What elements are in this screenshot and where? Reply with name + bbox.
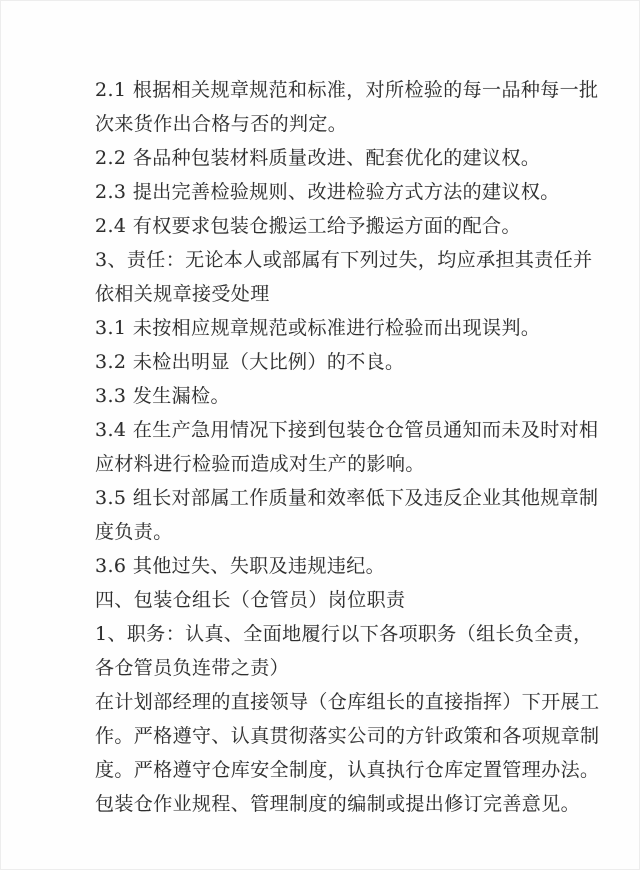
doc-line-6: 3、责任：无论本人或部属有下列过失，均应承担其责任并 [95,243,553,277]
doc-line-15: 3.6 其他过失、失职及违规违纪。 [95,549,553,583]
doc-line-7: 依相关规章接受处理 [95,277,553,311]
doc-line-12: 应材料进行检验而造成对生产的影响。 [95,447,553,481]
doc-line-14: 度负责。 [95,515,553,549]
doc-line-8: 3.1 未按相应规章规范或标准进行检验而出现误判。 [95,311,553,345]
doc-line-21: 度。严格遵守仓库安全制度，认真执行仓库定置管理办法。 [95,753,553,787]
doc-line-20: 作。严格遵守、认真贯彻落实公司的方针政策和各项规章制 [95,719,553,753]
document-page: 2.1 根据相关规章规范和标准，对所检验的每一品种每一批 次来货作出合格与否的判… [0,0,640,870]
doc-line-1: 2.1 根据相关规章规范和标准，对所检验的每一品种每一批 [95,73,553,107]
doc-line-2: 次来货作出合格与否的判定。 [95,107,553,141]
doc-line-5: 2.4 有权要求包装仓搬运工给予搬运方面的配合。 [95,209,553,243]
doc-line-16: 四、包装仓组长（仓管员）岗位职责 [95,583,553,617]
doc-line-9: 3.2 未检出明显（大比例）的不良。 [95,345,553,379]
doc-line-10: 3.3 发生漏检。 [95,379,553,413]
doc-line-17: 1、职务：认真、全面地履行以下各项职务（组长负全责， [95,617,553,651]
doc-line-3: 2.2 各品种包装材料质量改进、配套优化的建议权。 [95,141,553,175]
doc-line-22: 包装仓作业规程、管理制度的编制或提出修订完善意见。 [95,787,553,821]
doc-line-13: 3.5 组长对部属工作质量和效率低下及违反企业其他规章制 [95,481,553,515]
doc-line-11: 3.4 在生产急用情况下接到包装仓仓管员通知而未及时对相 [95,413,553,447]
document-text-block: 2.1 根据相关规章规范和标准，对所检验的每一品种每一批 次来货作出合格与否的判… [95,73,553,821]
doc-line-18: 各仓管员负连带之责） [95,651,553,685]
doc-line-19: 在计划部经理的直接领导（仓库组长的直接指挥）下开展工 [95,685,553,719]
doc-line-4: 2.3 提出完善检验规则、改进检验方式方法的建议权。 [95,175,553,209]
